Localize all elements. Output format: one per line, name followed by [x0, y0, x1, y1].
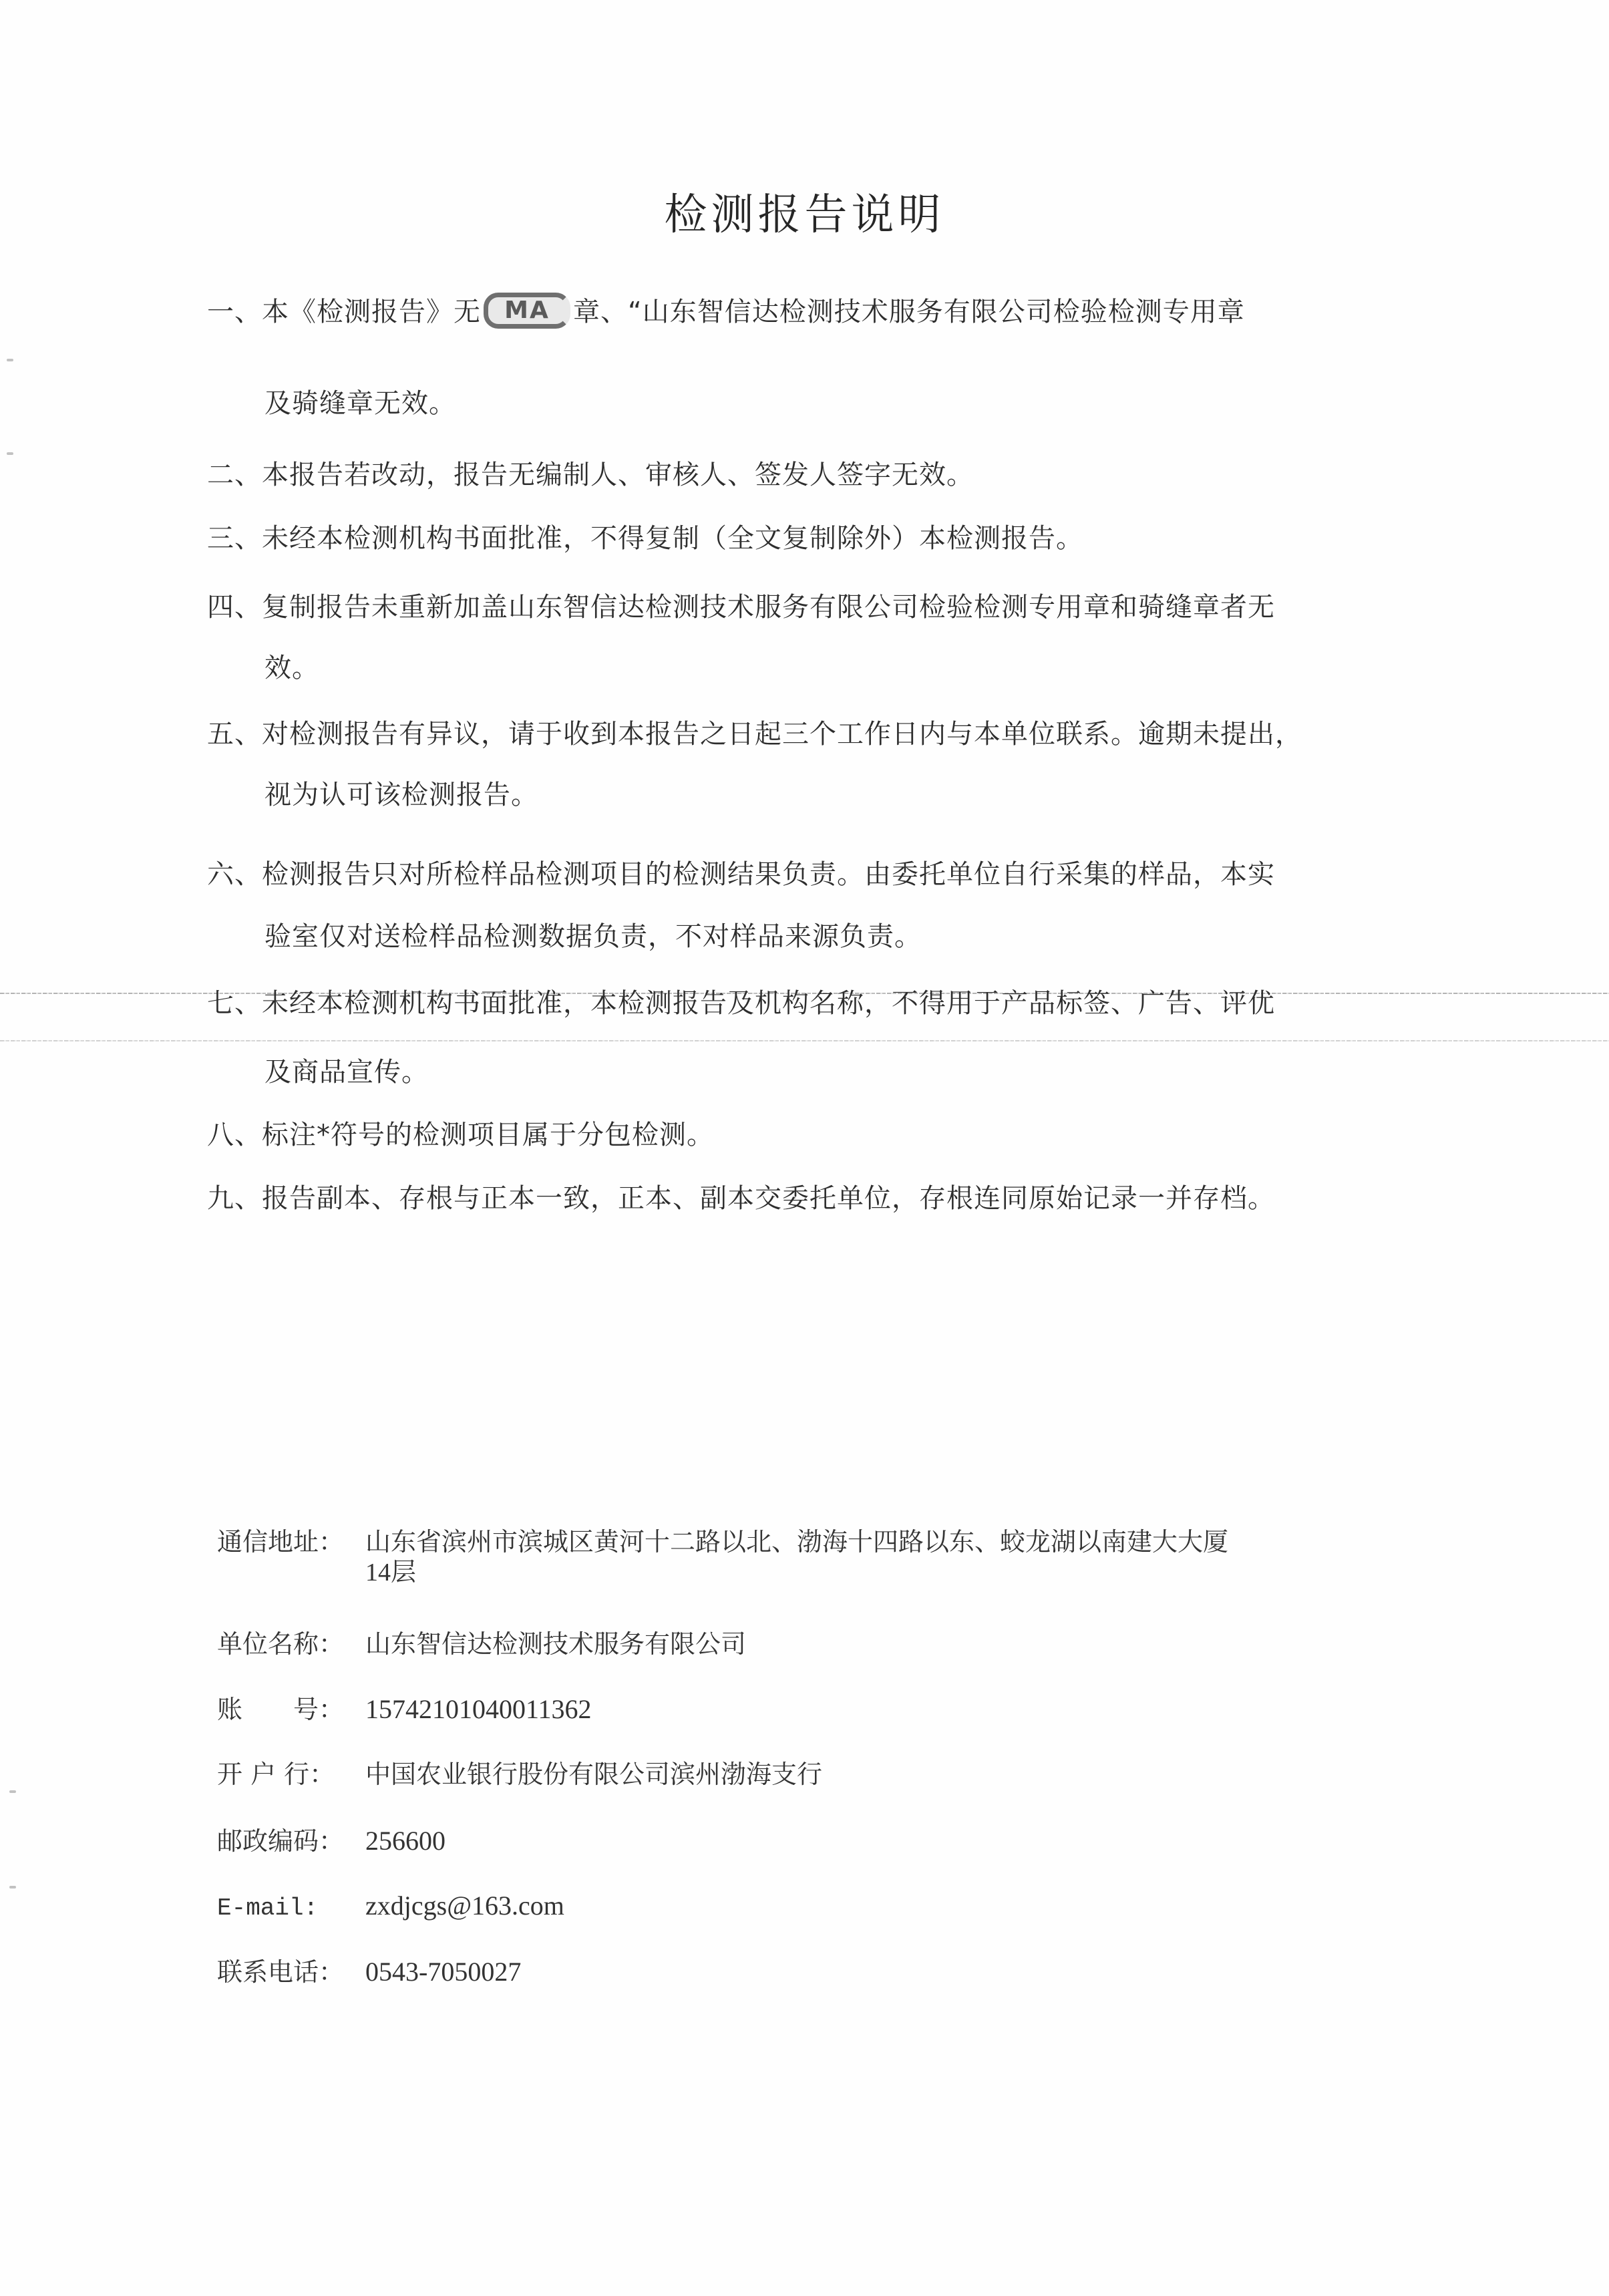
note-item-7-text: 七、未经本检测机构书面批准，本检测报告及机构名称，不得用于产品标签、广告、评优 [207, 988, 1275, 1019]
bank-label: 开 户 行： [217, 1759, 365, 1790]
scan-speck [7, 359, 13, 361]
note-item-8: 八、标注*符号的检测项目属于分包检测。 [207, 1119, 714, 1151]
phone-label: 联系电话： [217, 1957, 365, 1987]
note-item-9-text: 九、报告副本、存根与正本一致，正本、副本交委托单位，存根连同原始记录一并存档。 [207, 1183, 1275, 1214]
scan-speck [9, 1886, 16, 1889]
account-label: 账 号： [217, 1694, 365, 1725]
address-continuation: 14层 [217, 1557, 1228, 1588]
contact-postcode: 邮政编码：256600 [217, 1826, 445, 1856]
ma-certification-mark-icon: MA [484, 293, 570, 329]
contact-phone: 联系电话：0543-7050027 [217, 1957, 521, 1987]
note-item-9: 九、报告副本、存根与正本一致，正本、副本交委托单位，存根连同原始记录一并存档。 [207, 1182, 1275, 1214]
note-item-1: 一、本《检测报告》无MA章、“山东智信达检测技术服务有限公司检验检测专用章 及骑… [207, 296, 1245, 420]
note-item-1-text-before: 一、本《检测报告》无 [207, 297, 481, 327]
note-item-2-text: 二、本报告若改动，报告无编制人、审核人、签发人签字无效。 [207, 460, 974, 490]
email-value: zxdjcgs@163.com [365, 1891, 564, 1921]
note-item-4: 四、复制报告未重新加盖山东智信达检测技术服务有限公司检验检测专用章和骑缝章者无 … [207, 591, 1275, 684]
contact-company: 单位名称：山东智信达检测技术服务有限公司 [217, 1629, 746, 1659]
company-value: 山东智信达检测技术服务有限公司 [365, 1629, 746, 1659]
scan-artifact-line [0, 1040, 1609, 1041]
phone-value: 0543-7050027 [365, 1957, 521, 1987]
note-item-5-text: 五、对检测报告有异议，请于收到本报告之日起三个工作日内与本单位联系。逾期未提出， [207, 719, 1302, 750]
scan-speck [7, 452, 13, 455]
company-label: 单位名称： [217, 1629, 365, 1659]
postcode-value: 256600 [365, 1826, 445, 1856]
contact-bank: 开 户 行：中国农业银行股份有限公司滨州渤海支行 [217, 1759, 822, 1790]
email-label: E-mail: [217, 1893, 365, 1924]
address-value: 山东省滨州市滨城区黄河十二路以北、渤海十四路以东、蛟龙湖以南建大大厦 [365, 1526, 1228, 1557]
address-label: 通信地址： [217, 1526, 365, 1557]
note-item-1-continuation: 及骑缝章无效。 [207, 387, 1245, 420]
contact-account: 账 号：15742101040011362 [217, 1694, 592, 1725]
note-item-8-text: 八、标注*符号的检测项目属于分包检测。 [207, 1120, 714, 1150]
note-item-7-continuation: 及商品宣传。 [207, 1056, 1275, 1088]
contact-email: E-mail:zxdjcgs@163.com [217, 1891, 564, 1924]
note-item-2: 二、本报告若改动，报告无编制人、审核人、签发人签字无效。 [207, 459, 974, 491]
note-item-1-text-after: 章、“山东智信达检测技术服务有限公司检验检测专用章 [573, 297, 1245, 327]
scan-speck [9, 1790, 16, 1793]
bank-value: 中国农业银行股份有限公司滨州渤海支行 [365, 1759, 822, 1790]
account-value: 15742101040011362 [365, 1694, 592, 1725]
note-item-6: 六、检测报告只对所检样品检测项目的检测结果负责。由委托单位自行采集的样品，本实 … [207, 858, 1275, 953]
note-item-4-continuation: 效。 [207, 652, 1275, 684]
note-item-4-text: 四、复制报告未重新加盖山东智信达检测技术服务有限公司检验检测专用章和骑缝章者无 [207, 592, 1275, 623]
document-page: 检测报告说明 一、本《检测报告》无MA章、“山东智信达检测技术服务有限公司检验检… [0, 0, 1609, 2296]
note-item-6-continuation: 验室仅对送检样品检测数据负责，不对样品来源负责。 [207, 921, 1275, 953]
document-title: 检测报告说明 [0, 180, 1609, 242]
note-item-3: 三、未经本检测机构书面批准，不得复制（全文复制除外）本检测报告。 [207, 522, 1083, 554]
note-item-6-text: 六、检测报告只对所检样品检测项目的检测结果负责。由委托单位自行采集的样品，本实 [207, 859, 1275, 890]
note-item-3-text: 三、未经本检测机构书面批准，不得复制（全文复制除外）本检测报告。 [207, 523, 1083, 554]
note-item-7: 七、未经本检测机构书面批准，本检测报告及机构名称，不得用于产品标签、广告、评优 … [207, 987, 1275, 1088]
postcode-label: 邮政编码： [217, 1826, 365, 1856]
note-item-5: 五、对检测报告有异议，请于收到本报告之日起三个工作日内与本单位联系。逾期未提出，… [207, 718, 1302, 811]
note-item-5-continuation: 视为认可该检测报告。 [207, 779, 1302, 811]
contact-address: 通信地址：山东省滨州市滨城区黄河十二路以北、渤海十四路以东、蛟龙湖以南建大大厦 … [217, 1526, 1228, 1588]
